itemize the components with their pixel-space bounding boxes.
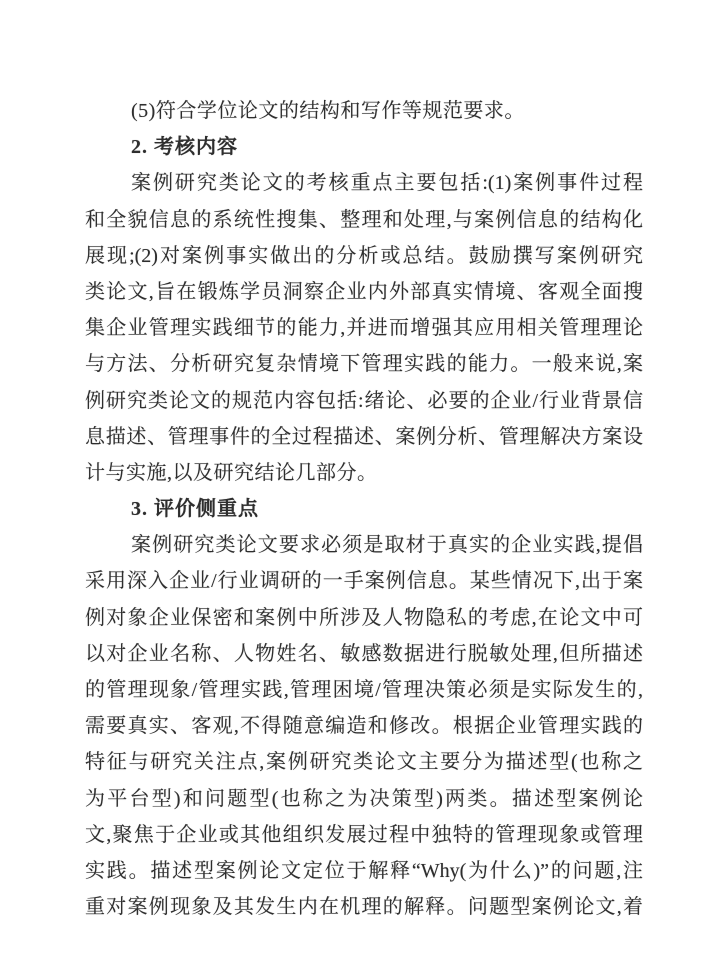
document-line: 息描述、管理事件的全过程描述、案例分析、管理解决方案设: [85, 419, 643, 455]
document-line: 实践。描述型案例论文定位于解释“Why(为什么)”的问题,注: [85, 853, 643, 889]
heading-line: 3. 评价侧重点: [85, 491, 643, 527]
document-body: (5)符合学位论文的结构和写作等规范要求。2. 考核内容案例研究类论文的考核重点…: [85, 93, 643, 925]
document-line: 例研究类论文的规范内容包括:绪论、必要的企业/行业背景信: [85, 383, 643, 419]
document-line: 展现;(2)对案例事实做出的分析或总结。鼓励撰写案例研究: [85, 238, 643, 274]
document-line: 例对象企业保密和案例中所涉及人物隐私的考虑,在论文中可: [85, 600, 643, 636]
document-line: 类论文,旨在锻炼学员洞察企业内外部真实情境、客观全面搜: [85, 274, 643, 310]
document-line: 文,聚焦于企业或其他组织发展过程中独特的管理现象或管理: [85, 817, 643, 853]
document-line: 计与实施,以及研究结论几部分。: [85, 455, 643, 491]
document-line: (5)符合学位论文的结构和写作等规范要求。: [85, 93, 643, 129]
document-line: 为平台型)和问题型(也称之为决策型)两类。描述型案例论: [85, 781, 643, 817]
document-line: 需要真实、客观,不得随意编造和修改。根据企业管理实践的: [85, 708, 643, 744]
document-line: 重对案例现象及其发生内在机理的解释。问题型案例论文,着: [85, 889, 643, 925]
document-line: 的管理现象/管理实践,管理困境/管理决策必须是实际发生的,: [85, 672, 643, 708]
document-line: 案例研究类论文的考核重点主要包括:(1)案例事件过程: [85, 165, 643, 201]
heading-line: 2. 考核内容: [85, 129, 643, 165]
document-line: 集企业管理实践细节的能力,并进而增强其应用相关管理理论: [85, 310, 643, 346]
document-line: 以对企业名称、人物姓名、敏感数据进行脱敏处理,但所描述: [85, 636, 643, 672]
document-line: 特征与研究关注点,案例研究类论文主要分为描述型(也称之: [85, 744, 643, 780]
document-line: 和全貌信息的系统性搜集、整理和处理,与案例信息的结构化: [85, 202, 643, 238]
document-line: 与方法、分析研究复杂情境下管理实践的能力。一般来说,案: [85, 346, 643, 382]
document-page: (5)符合学位论文的结构和写作等规范要求。2. 考核内容案例研究类论文的考核重点…: [0, 0, 725, 959]
document-line: 案例研究类论文要求必须是取材于真实的企业实践,提倡: [85, 527, 643, 563]
document-line: 采用深入企业/行业调研的一手案例信息。某些情况下,出于案: [85, 563, 643, 599]
